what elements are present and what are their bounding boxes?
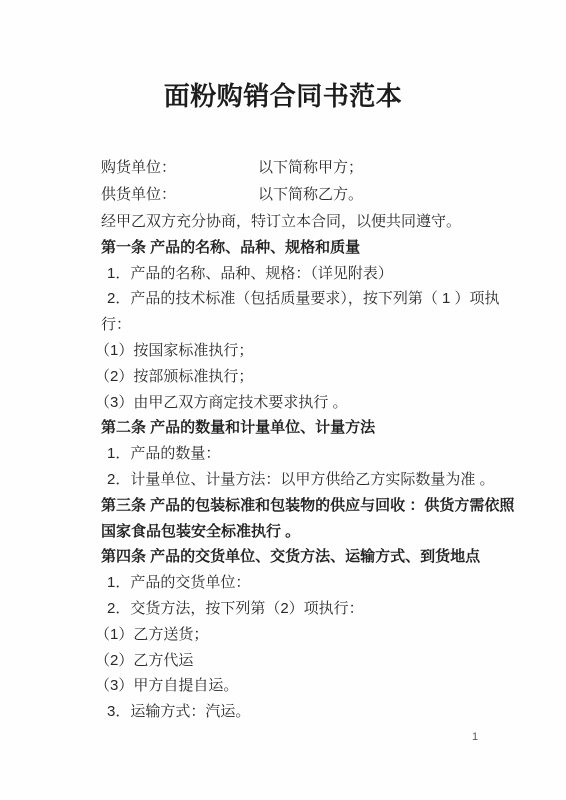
contract-line: （1）按国家标准执行； bbox=[95, 338, 511, 364]
contract-line: 1．产品的名称、品种、规格：（详见附表） bbox=[101, 261, 511, 287]
contract-body: 经甲乙双方充分协商，特订立本合同，以便共同遵守。 第一条 产品的名称、品种、规格… bbox=[101, 209, 511, 725]
contract-line: 2．产品的技术标准（包括质量要求），按下列第（ 1 ）项执 bbox=[101, 286, 511, 312]
buyer-unit-label: 购货单位： bbox=[101, 159, 176, 176]
section-1-heading: 第一条 产品的名称、品种、规格和质量 bbox=[101, 235, 511, 261]
contract-line: 1．产品的交货单位： bbox=[101, 570, 511, 596]
contract-line: 3．运输方式：汽运。 bbox=[101, 699, 511, 725]
contract-line: 2．计量单位、计量方法：以甲方供给乙方实际数量为准 。 bbox=[101, 467, 511, 493]
seller-unit-label: 供货单位： bbox=[101, 186, 176, 203]
section-2-heading: 第二条 产品的数量和计量单位、计量方法 bbox=[101, 415, 511, 441]
contract-page: 面粉购销合同书范本 购货单位： 以下简称甲方； 供货单位： 以下简称乙方。 经甲… bbox=[0, 0, 566, 800]
contract-line: （2）乙方代运 bbox=[95, 648, 511, 674]
document-title: 面粉购销合同书范本 bbox=[0, 76, 566, 113]
buyer-shortname-note: 以下简称甲方； bbox=[258, 155, 363, 181]
section-4-heading: 第四条 产品的交货单位、交货方法、运输方式、到货地点 bbox=[101, 544, 511, 570]
contract-line: （3）由甲乙双方商定技术要求执行 。 bbox=[95, 390, 511, 416]
seller-line: 供货单位： 以下简称乙方。 bbox=[101, 182, 521, 208]
buyer-line: 购货单位： 以下简称甲方； bbox=[101, 155, 521, 181]
contract-line: 行： bbox=[101, 312, 511, 338]
contract-line: （1）乙方送货； bbox=[95, 622, 511, 648]
section-3-heading: 第三条 产品的包装标准和包装物的供应与回收 ：供货方需依照 bbox=[101, 493, 511, 519]
seller-shortname-note: 以下简称乙方。 bbox=[258, 182, 363, 208]
page-number: 1 bbox=[472, 731, 478, 743]
section-3-continuation: 国家食品包装安全标准执行 。 bbox=[101, 519, 511, 545]
contract-line: 1．产品的数量： bbox=[101, 441, 511, 467]
contract-line: （2）按部颁标准执行； bbox=[95, 364, 511, 390]
contract-line: 2．交货方法，按下列第（2）项执行： bbox=[101, 596, 511, 622]
contract-line: （3）甲方自提自运。 bbox=[95, 673, 511, 699]
contract-line: 经甲乙双方充分协商，特订立本合同，以便共同遵守。 bbox=[101, 209, 511, 235]
